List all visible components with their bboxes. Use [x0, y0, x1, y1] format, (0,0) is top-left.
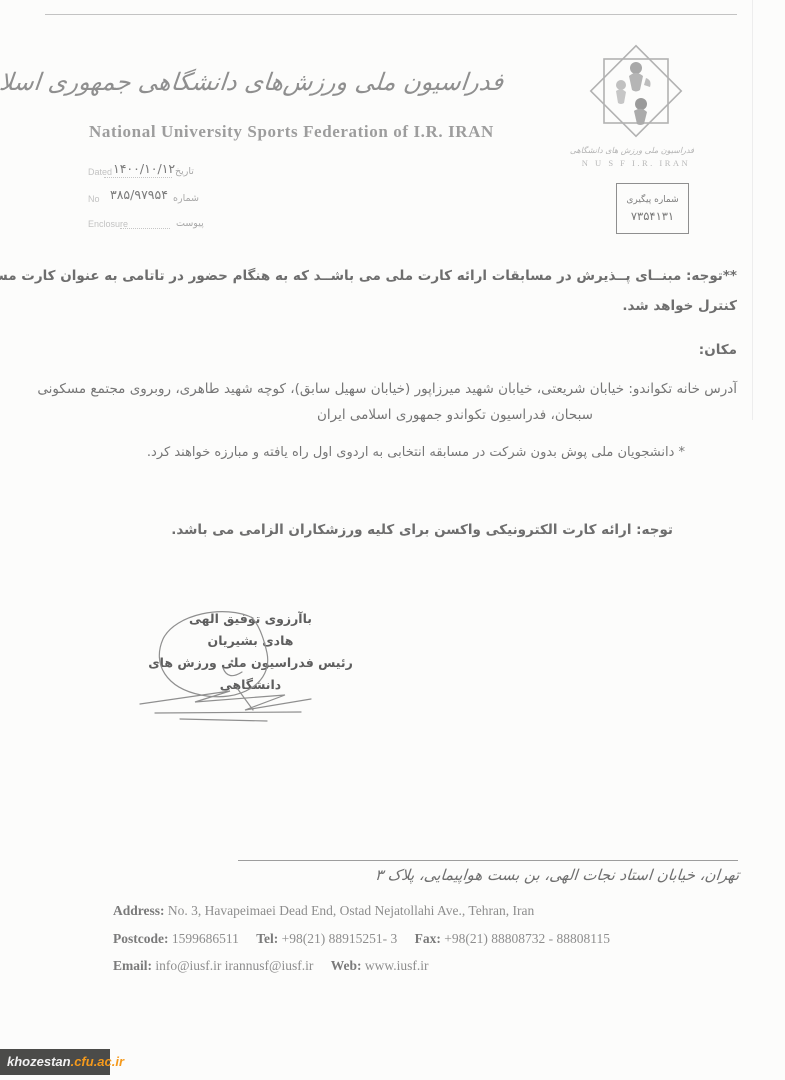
address-value: No. 3, Havapeimaei Dead End, Ostad Nejat…: [168, 903, 534, 918]
fax-value: +98(21) 88808732 - 88808115: [444, 931, 610, 946]
footer-phone-row: Postcode: 1599686511 Tel: +98(21) 889152…: [113, 931, 610, 947]
site-watermark: khozestan.cfu.ac.ir: [0, 1049, 110, 1075]
scan-top-edge-line: [45, 14, 737, 15]
scan-right-edge-line: [752, 0, 753, 420]
tracking-number-label: شماره پیگیری: [620, 195, 685, 205]
dated-label-en: Dated: [88, 167, 112, 177]
fax-label: Fax:: [415, 931, 441, 946]
enclosure-dotted-line: [120, 228, 170, 229]
email-label: Email:: [113, 958, 152, 973]
eight-pointed-star-icon: [584, 38, 688, 144]
dated-label-fa: تاریخ: [175, 166, 194, 177]
enclosure-label-fa: پیوست: [176, 218, 204, 229]
postcode-label: Postcode:: [113, 931, 168, 946]
date-dotted-line: [104, 177, 172, 178]
postcode-value: 1599686511: [172, 931, 239, 946]
location-label: مکان:: [699, 342, 737, 358]
notice-national-card-line1: **توجه: مبنــای پــذیرش در مسابقات ارائه…: [0, 268, 737, 284]
watermark-site: khozestan: [7, 1054, 71, 1069]
footer-email-row: Email: info@iusf.ir irannusf@iusf.ir Web…: [113, 958, 428, 974]
footer-address-persian: تهران، خیابان استاد نجات الهی، بن بست هو…: [374, 866, 740, 884]
logo-caption-english: N U S F I.R. IRAN: [578, 158, 694, 168]
vaccine-card-note: توجه: ارائه کارت الکترونیکی واکسن برای ک…: [171, 522, 673, 538]
no-label-fa: شماره: [173, 193, 199, 204]
address-label: Address:: [113, 903, 165, 918]
federation-logo: فدراسیون ملی ورزش های دانشگاهی N U S F I…: [578, 38, 694, 168]
logo-caption-persian: فدراسیون ملی ورزش های دانشگاهی: [578, 146, 694, 155]
no-label-en: No: [88, 194, 100, 204]
taekwondo-house-address-line2: سبحان، فدراسیون تکواندو جمهوری اسلامی ای…: [317, 407, 593, 423]
national-team-students-note: * دانشجویان ملی پوش بدون شرکت در مسابقه …: [147, 445, 685, 460]
taekwondo-house-address-line1: آدرس خانه تکواندو: خیابان شریعتی، خیابان…: [37, 381, 737, 397]
tel-label: Tel:: [256, 931, 278, 946]
org-name-english: National University Sports Federation of…: [89, 122, 494, 142]
watermark-domain: .cfu.ac.ir: [71, 1054, 124, 1069]
email-value: info@iusf.ir irannusf@iusf.ir: [155, 958, 313, 973]
tracking-number-value: ۷۳۵۴۱۳۱: [620, 209, 685, 223]
no-value: ۳۸۵/۹۷۹۵۴: [110, 187, 168, 202]
scanned-letter-page: فدراسیون ملی ورزش‌های دانشگاهی جمهوری اس…: [0, 0, 785, 1080]
notice-national-card-line2: کنترل خواهد شد.: [622, 298, 737, 314]
footer-address-row: Address: No. 3, Havapeimaei Dead End, Os…: [113, 903, 534, 919]
org-name-persian: فدراسیون ملی ورزش‌های دانشگاهی جمهوری اس…: [0, 68, 504, 96]
date-value: ۱۴۰۰/۱۰/۱۲: [113, 161, 175, 176]
web-label: Web:: [331, 958, 362, 973]
tel-value: +98(21) 88915251- 3: [282, 931, 398, 946]
signature-scribble: [125, 592, 345, 732]
tracking-number-box: شماره پیگیری ۷۳۵۴۱۳۱: [616, 183, 689, 234]
footer-divider-line: [238, 860, 738, 861]
web-value: www.iusf.ir: [365, 958, 429, 973]
